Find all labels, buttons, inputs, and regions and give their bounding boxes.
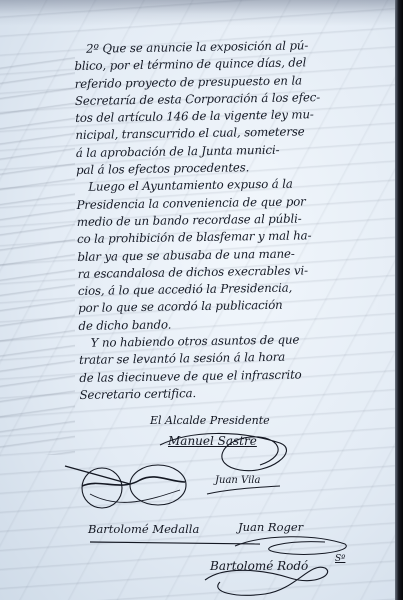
signature-juan-vila: Juan Vila [215,475,260,486]
signature-bartolome-medalla: Bartolomé Medalla [88,522,199,536]
body-line: Secretario certifica. [79,382,397,404]
signature-mayor: Manuel Sastre [168,434,257,448]
document-page: 2º Que se anuncie la exposición al pú- b… [0,0,403,600]
left-margin-bleed [0,55,75,455]
page-binding-edge [395,0,403,600]
signature-juan-roger: Juan Roger [238,520,303,534]
signature-secretary-suffix: Sº [335,554,345,564]
signature-title: El Alcalde Presidente [150,414,270,427]
minutes-body: 2º Que se anuncie la exposición al pú- b… [74,36,398,404]
signature-secretary: Bartolomé Rodó [210,559,308,573]
